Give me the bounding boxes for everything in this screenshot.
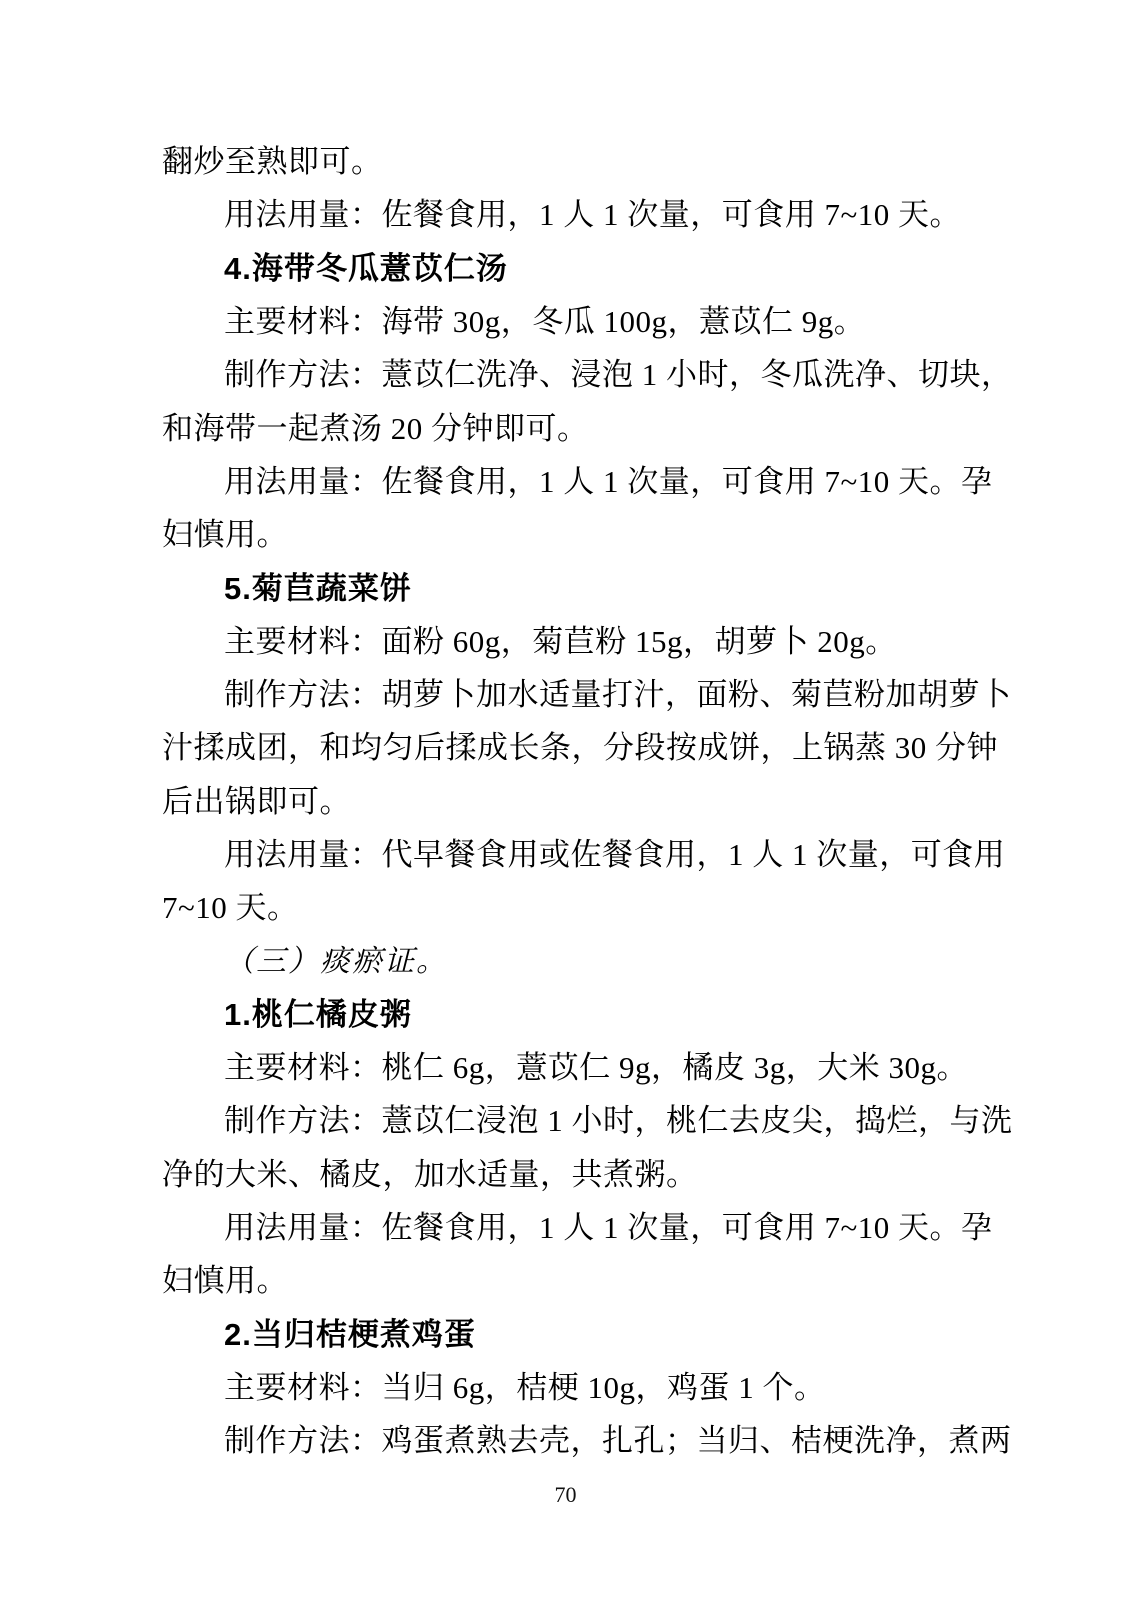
recipe-heading: 1.桃仁橘皮粥 [162, 985, 972, 1038]
section-heading: （三）痰瘀证。 [162, 931, 972, 984]
document-content: 翻炒至熟即可。用法用量：佐餐食用，1 人 1 次量，可食用 7~10 天。4.海… [162, 132, 972, 1464]
text-line: 制作方法：鸡蛋煮熟去壳，扎孔；当归、桔梗洗净，煮两 [162, 1411, 972, 1464]
recipe-heading: 2.当归桔梗煮鸡蛋 [162, 1305, 972, 1358]
page-number: 70 [0, 1482, 1131, 1508]
text-line: 主要材料：海带 30g，冬瓜 100g，薏苡仁 9g。 [162, 292, 972, 345]
text-line: 7~10 天。 [162, 878, 972, 931]
text-line: 和海带一起煮汤 20 分钟即可。 [162, 398, 972, 451]
text-line: 制作方法：薏苡仁浸泡 1 小时，桃仁去皮尖，捣烂，与洗 [162, 1091, 972, 1144]
text-line: 制作方法：胡萝卜加水适量打汁，面粉、菊苣粉加胡萝卜 [162, 665, 972, 718]
text-line: 主要材料：当归 6g，桔梗 10g，鸡蛋 1 个。 [162, 1358, 972, 1411]
recipe-heading: 4.海带冬瓜薏苡仁汤 [162, 239, 972, 292]
text-line: 汁揉成团，和均匀后揉成长条，分段按成饼，上锅蒸 30 分钟 [162, 718, 972, 771]
text-line: 用法用量：代早餐食用或佐餐食用，1 人 1 次量，可食用 [162, 825, 972, 878]
text-line: 后出锅即可。 [162, 772, 972, 825]
text-line: 主要材料：桃仁 6g，薏苡仁 9g，橘皮 3g，大米 30g。 [162, 1038, 972, 1091]
document-page: 翻炒至熟即可。用法用量：佐餐食用，1 人 1 次量，可食用 7~10 天。4.海… [0, 0, 1131, 1600]
text-line: 用法用量：佐餐食用，1 人 1 次量，可食用 7~10 天。孕 [162, 1198, 972, 1251]
text-line: 净的大米、橘皮，加水适量，共煮粥。 [162, 1145, 972, 1198]
text-line: 妇慎用。 [162, 1251, 972, 1304]
text-line: 妇慎用。 [162, 505, 972, 558]
text-line: 用法用量：佐餐食用，1 人 1 次量，可食用 7~10 天。孕 [162, 452, 972, 505]
text-line: 主要材料：面粉 60g，菊苣粉 15g，胡萝卜 20g。 [162, 612, 972, 665]
text-line: 制作方法：薏苡仁洗净、浸泡 1 小时，冬瓜洗净、切块， [162, 345, 972, 398]
text-line: 用法用量：佐餐食用，1 人 1 次量，可食用 7~10 天。 [162, 185, 972, 238]
recipe-heading: 5.菊苣蔬菜饼 [162, 558, 972, 611]
text-line: 翻炒至熟即可。 [162, 132, 972, 185]
